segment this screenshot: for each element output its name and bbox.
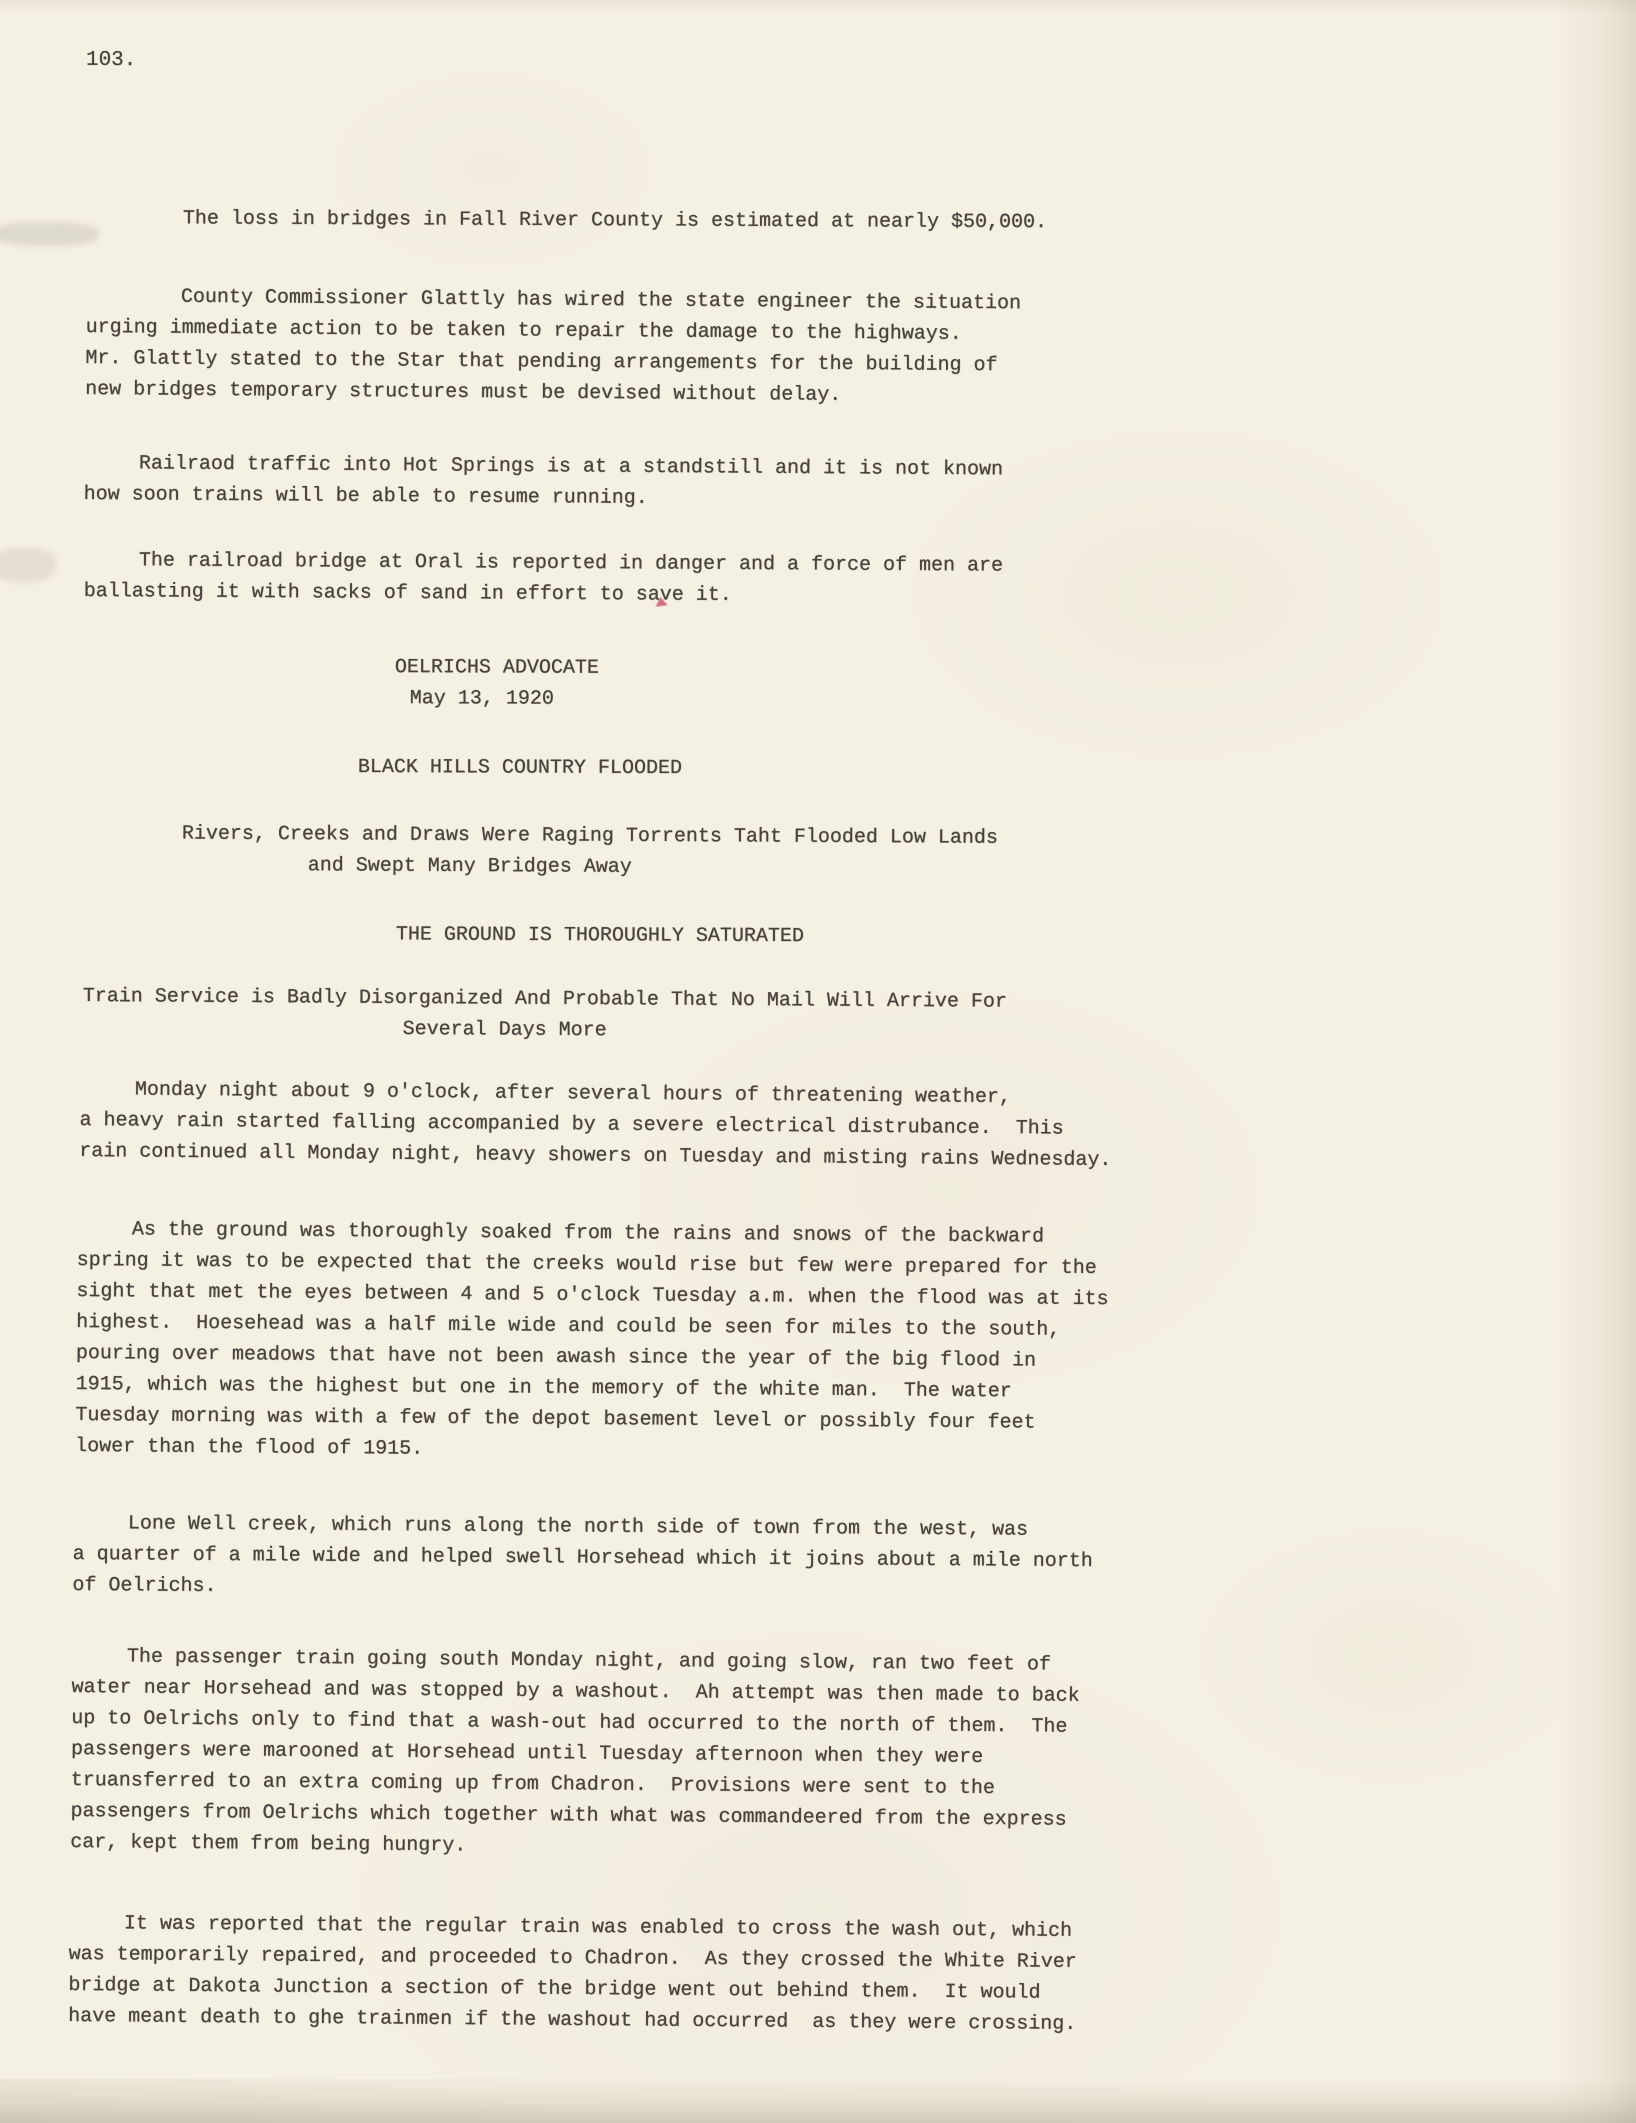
page-number: 103. xyxy=(86,48,137,74)
scan-right-edge xyxy=(1556,0,1636,2123)
paragraph-monday-night-rain: Monday night about 9 o'clock, after seve… xyxy=(79,1074,1190,1177)
paragraph-passenger-train: The passenger train going south Monday n… xyxy=(70,1641,1182,1868)
text-line: Several Days More xyxy=(0,1011,1045,1049)
text-line: May 13, 1920 xyxy=(0,682,1022,717)
paragraph-ground-soaked-flood: As the ground was thoroughly soaked from… xyxy=(75,1214,1187,1471)
paragraph-commissioner-glattly: County Commissioner Glattly has wired th… xyxy=(85,281,1196,414)
text-line: OELRICHS ADVOCATE xyxy=(0,651,1037,686)
text-line: BLACK HILLS COUNTRY FLOODED xyxy=(0,751,1060,786)
margin-smudge xyxy=(0,222,98,246)
margin-smudge xyxy=(0,548,56,582)
paragraph-railroad-bridge-oral: The railroad bridge at Oral is reported … xyxy=(84,545,1194,614)
red-ink-mark xyxy=(654,596,667,607)
text-line: THE GROUND IS THOROUGHLY SATURATED xyxy=(60,918,1140,954)
deck-heading: THE GROUND IS THOROUGHLY SATURATED xyxy=(80,918,1160,954)
paragraph-regular-train-washout: It was reported that the regular train w… xyxy=(68,1908,1179,2041)
paragraph-lone-well-creek: Lone Well creek, which runs along the no… xyxy=(72,1508,1183,1609)
subdeck-heading: Train Service is Badly Disorganized And … xyxy=(80,981,1160,1050)
masthead-source-and-date: OELRICHS ADVOCATEMay 13, 1920 xyxy=(80,651,1160,717)
text-line: The loss in bridges in Fall River County… xyxy=(88,203,1198,239)
scanned-document-page: 103. The loss in bridges in Fall River C… xyxy=(0,0,1636,2123)
paragraph-railroad-traffic: Railraod traffic into Hot Springs is at … xyxy=(84,448,1194,518)
headline: BLACK HILLS COUNTRY FLOODED xyxy=(80,751,1160,786)
paragraph-bridge-loss: The loss in bridges in Fall River County… xyxy=(88,203,1198,239)
text-line: and Swept Many Bridges Away xyxy=(0,848,1010,885)
text-line: ballasting it with sacks of sand in effo… xyxy=(84,576,1194,614)
scan-top-edge xyxy=(0,0,1636,14)
text-line: how soon trains will be able to resume r… xyxy=(84,479,1194,518)
subheadline: Rivers, Creeks and Draws Were Raging Tor… xyxy=(80,818,1160,886)
scan-bottom-edge xyxy=(0,2079,1636,2123)
